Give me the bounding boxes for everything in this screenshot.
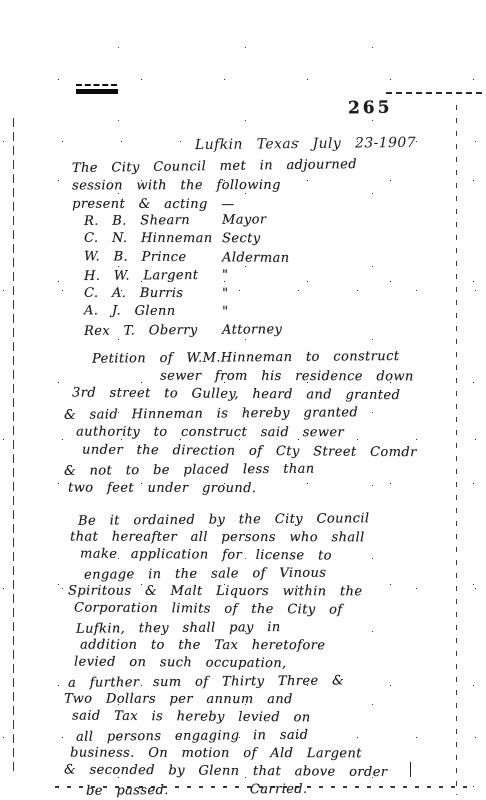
page-number: 265	[348, 98, 393, 119]
attendee-name: C. A. Burris	[84, 285, 222, 304]
dateline: Lufkin Texas July 23-1907	[195, 135, 416, 153]
handwriting-line: & said Hinneman is hereby granted	[64, 403, 464, 425]
handwriting-line: & not to be placed less than	[64, 459, 464, 481]
attendee-row: C. A. Burris"	[84, 285, 289, 304]
handwriting-line: The City Council met in adjourned	[72, 155, 357, 178]
attendee-row: C. N. HinnemanSecty	[84, 230, 289, 249]
handwriting-line: that hereafter all persons who shall	[70, 528, 468, 547]
petition-paragraph: Petition of W.M.Hinneman to construct se…	[64, 349, 464, 499]
attendee-list: R. B. ShearnMayor C. N. HinnemanSecty W.…	[84, 212, 289, 340]
handwriting-line: a further sum of Thirty Three &	[68, 671, 468, 692]
scan-mark-dash	[76, 84, 117, 86]
handwriting-line: two feet under ground.	[68, 479, 464, 499]
handwriting-line: Be it ordained by the City Council	[78, 509, 468, 530]
attendee-row: H. W. Largent"	[84, 266, 290, 286]
intro-paragraph: The City Council met in adjourned sessio…	[72, 156, 357, 214]
handwriting-line: Two Dollars per annum and	[64, 690, 468, 709]
attendee-row: W. B. PrinceAlderman	[84, 248, 290, 268]
handwriting-line: Petition of W.M.Hinneman to construct	[92, 347, 464, 369]
attendee-role: Secty	[222, 231, 260, 246]
attendee-name: C. N. Hinneman	[84, 230, 222, 249]
attendee-row: R. B. ShearnMayor	[84, 211, 290, 231]
handwriting-line: addition to the Tax heretofore	[80, 636, 468, 655]
attendee-role: Attorney	[222, 322, 282, 338]
page-edge-dashes	[386, 92, 482, 94]
attendee-name: H. W. Largent	[84, 267, 222, 287]
attendee-role: "	[222, 286, 228, 301]
handwriting-line: engage in the sale of Vinous	[84, 563, 468, 584]
left-binding-rule	[13, 118, 14, 776]
handwriting-line: Spiritous & Malt Liquors within the	[68, 582, 468, 601]
attendee-name: W. B. Prince	[84, 248, 222, 267]
attendee-row: Rex T. OberryAttorney	[84, 321, 290, 341]
ordinance-paragraph: Be it ordained by the City Council that …	[64, 511, 468, 799]
attendee-name: Rex T. Oberry	[84, 321, 222, 341]
handwriting-line: authority to construct said sewer	[76, 423, 464, 443]
attendee-role: "	[222, 305, 229, 320]
attendee-name: A. J. Glenn	[84, 303, 222, 322]
handwriting-line: be passed. Carried.	[86, 779, 468, 800]
handwriting-line: all persons engaging in said	[76, 725, 468, 746]
attendee-role: Mayor	[222, 212, 267, 227]
scanned-minutes-page: 265 Lufkin Texas July 23-1907 The City C…	[0, 0, 486, 800]
attendee-row: A. J. Glenn"	[84, 303, 290, 323]
attendee-role: "	[222, 268, 229, 283]
handwriting-line: business. On motion of Ald Largent	[70, 744, 468, 763]
attendee-role: Alderman	[222, 250, 290, 266]
scan-mark-bar	[76, 89, 118, 94]
handwriting-line: session with the following	[72, 176, 357, 196]
attendee-name: R. B. Shearn	[84, 212, 222, 232]
handwriting-line: sewer from his residence down	[160, 367, 464, 386]
handwriting-line: Lufkin, they shall pay in	[76, 617, 468, 638]
